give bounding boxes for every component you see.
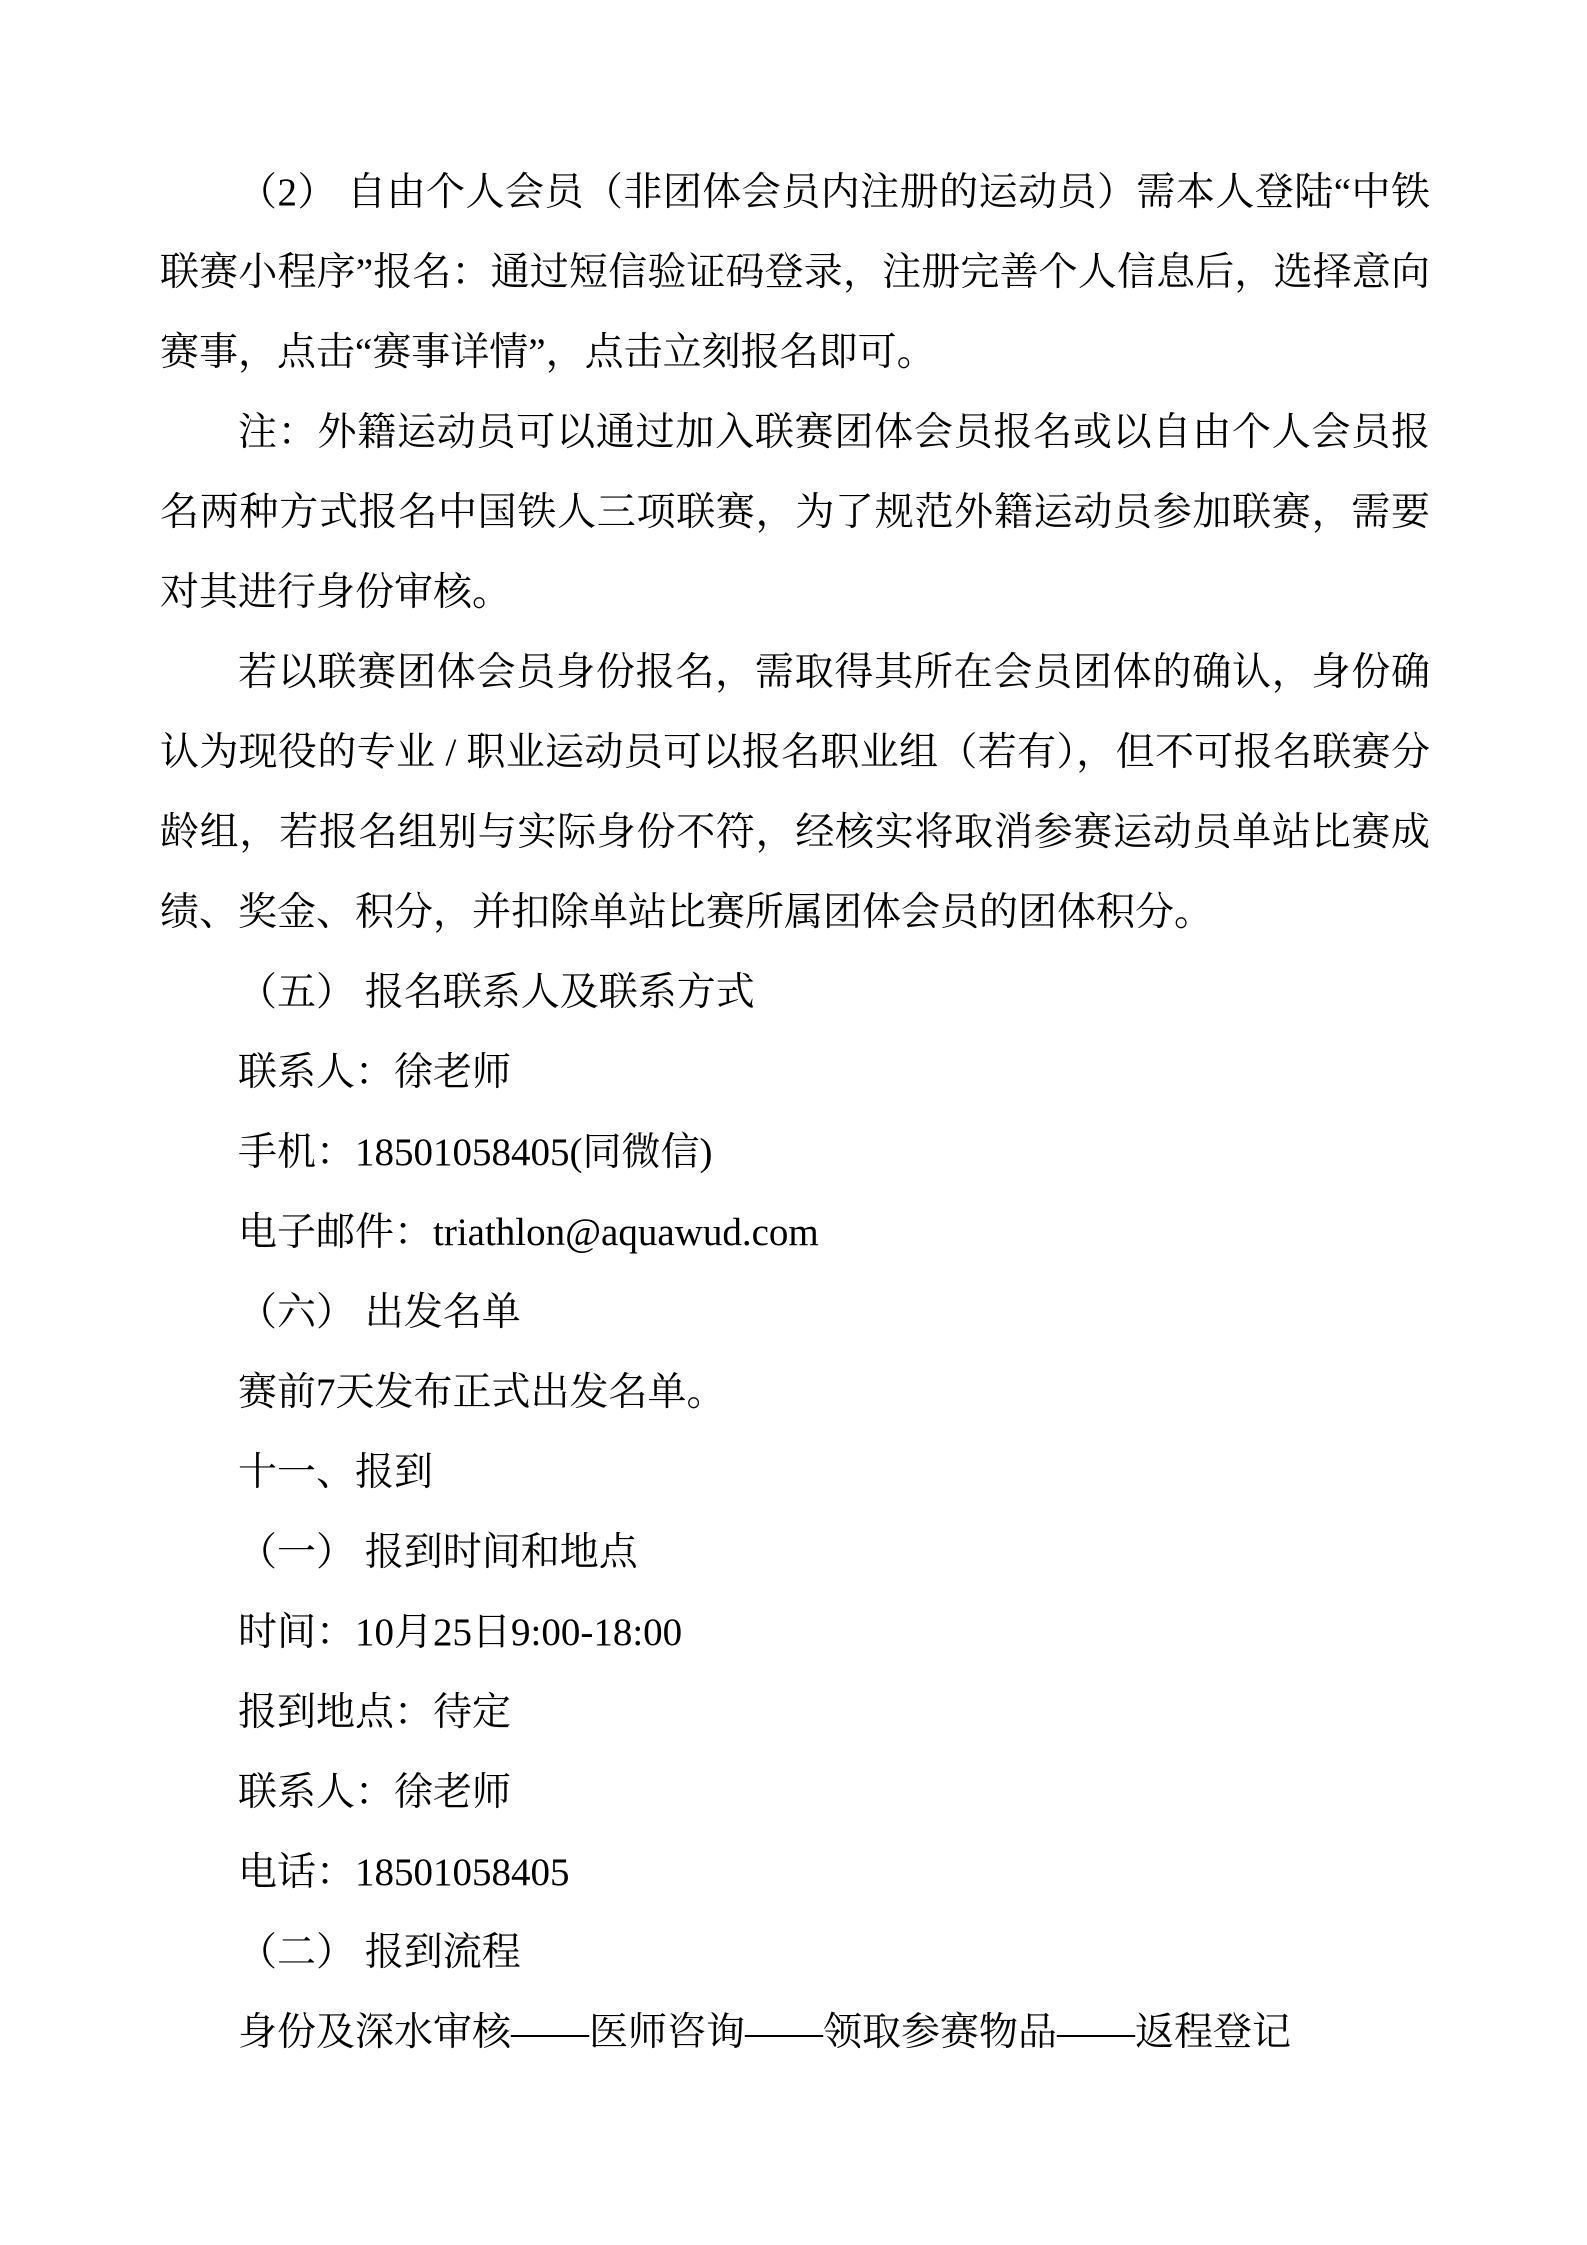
heading-section-5-contact: （五） 报名联系人及联系方式 [160,953,1430,1033]
line-checkin-place: 报到地点：待定 [160,1673,1430,1753]
para-league-team-member-identity: 若以联赛团体会员身份报名，需取得其所在会员团体的确认，身份确认为现役的专业 / … [160,633,1430,953]
document-page: （2） 自由个人会员（非团体会员内注册的运动员）需本人登陆“中铁联赛小程序”报名… [0,0,1587,2245]
heading-checkin-process: （二） 报到流程 [160,1913,1430,1993]
para-free-individual-member-registration: （2） 自由个人会员（非团体会员内注册的运动员）需本人登陆“中铁联赛小程序”报名… [160,153,1430,393]
para-foreign-athlete-note: 注：外籍运动员可以通过加入联赛团体会员报名或以自由个人会员报名两种方式报名中国铁… [160,393,1430,633]
heading-checkin-time-place: （一） 报到时间和地点 [160,1513,1430,1593]
heading-section-6-start-list: （六） 出发名单 [160,1273,1430,1353]
line-start-list-release: 赛前7天发布正式出发名单。 [160,1353,1430,1433]
line-checkin-phone: 电话：18501058405 [160,1833,1430,1913]
line-registration-contact-mobile: 手机：18501058405(同微信) [160,1113,1430,1193]
line-registration-contact-email: 电子邮件：triathlon@aquawud.com [160,1193,1430,1273]
line-checkin-time: 时间：10月25日9:00-18:00 [160,1593,1430,1673]
heading-section-11-checkin: 十一、报到 [160,1433,1430,1513]
line-registration-contact-person: 联系人：徐老师 [160,1033,1430,1113]
line-checkin-contact-person: 联系人：徐老师 [160,1753,1430,1833]
line-checkin-process-flow: 身份及深水审核——医师咨询——领取参赛物品——返程登记 [160,1993,1430,2073]
